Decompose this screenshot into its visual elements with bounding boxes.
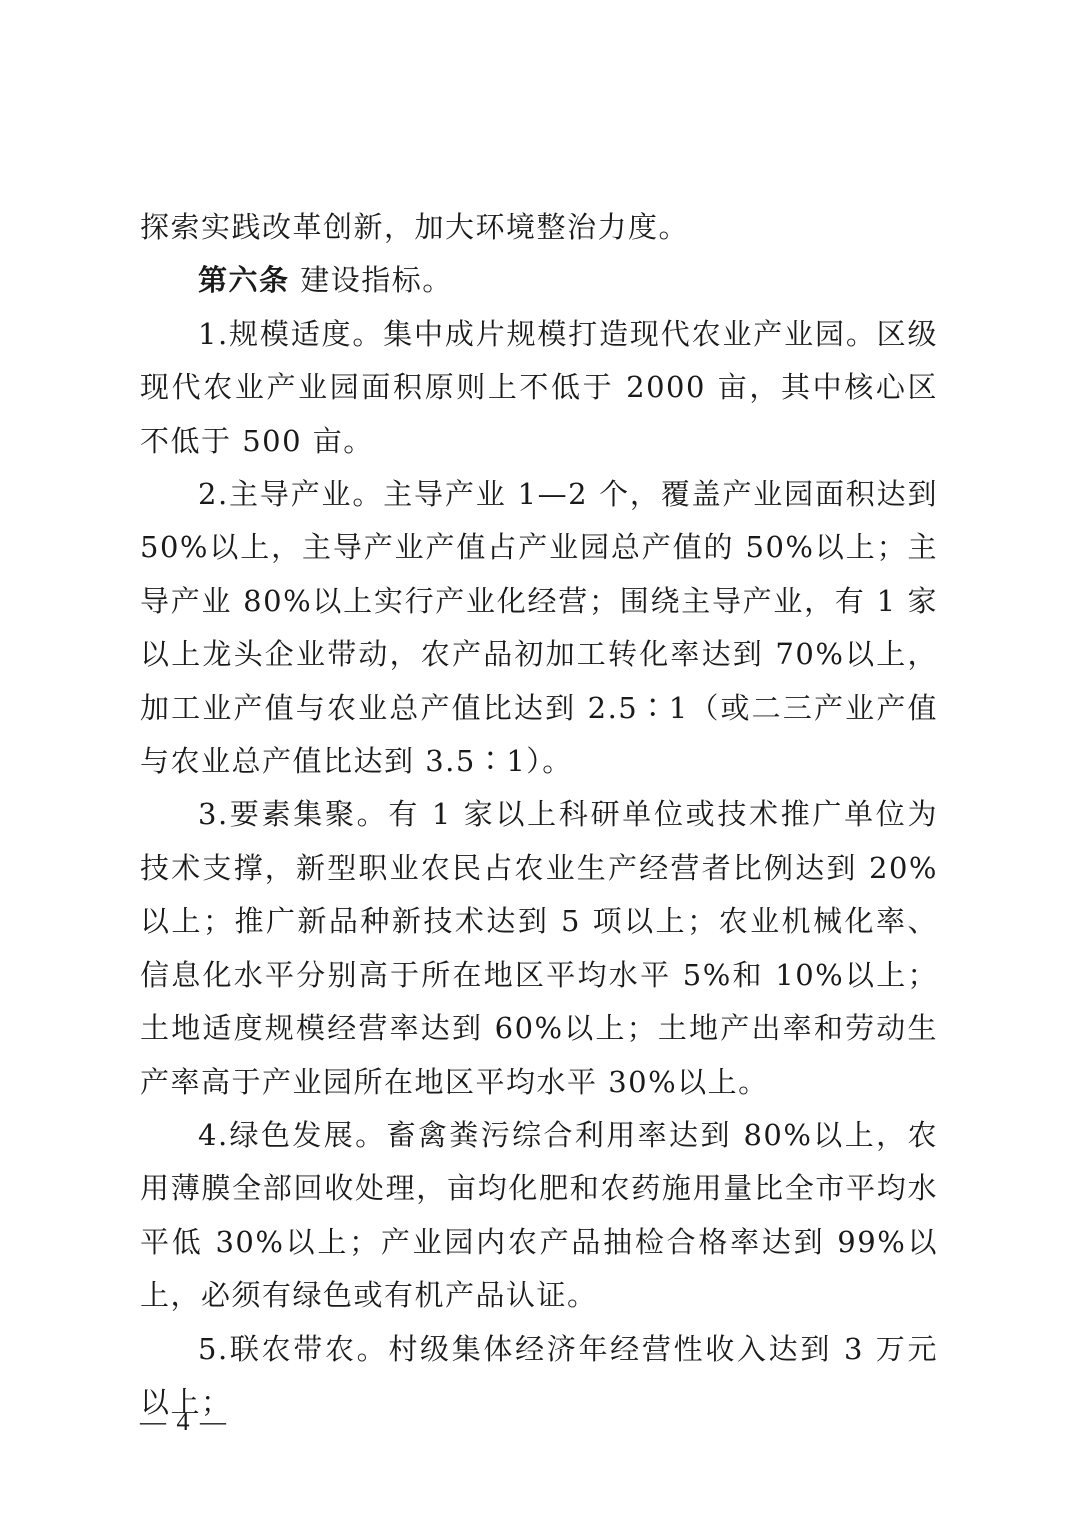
indicator-factor-agglomeration: 3.要素集聚。有 1 家以上科研单位或技术推广单位为技术支撑，新型职业农民占农业… [140, 788, 938, 1108]
article-title: 建设指标。 [290, 263, 453, 297]
indicator-scale: 1.规模适度。集中成片规模打造现代农业产业园。区级现代农业产业园面积原则上不低于… [140, 308, 938, 468]
paragraph-continuation: 探索实践改革创新，加大环境整治力度。 [140, 201, 938, 254]
indicator-green-development: 4.绿色发展。畜禽粪污综合利用率达到 80%以上，农用薄膜全部回收处理，亩均化肥… [140, 1109, 938, 1323]
document-page: 探索实践改革创新，加大环境整治力度。 第六条 建设指标。 1.规模适度。集中成片… [0, 0, 1074, 1520]
indicator-leading-industry: 2.主导产业。主导产业 1—2 个，覆盖产业园面积达到 50%以上，主导产业产值… [140, 468, 938, 788]
document-body: 探索实践改革创新，加大环境整治力度。 第六条 建设指标。 1.规模适度。集中成片… [140, 201, 938, 1429]
article-heading-paragraph: 第六条 建设指标。 [140, 254, 938, 307]
page-number: — 4 — [140, 1407, 228, 1437]
indicator-farmer-linkage: 5.联农带农。村级集体经济年经营性收入达到 3 万元以上； [140, 1323, 938, 1430]
article-number: 第六条 [198, 263, 290, 297]
